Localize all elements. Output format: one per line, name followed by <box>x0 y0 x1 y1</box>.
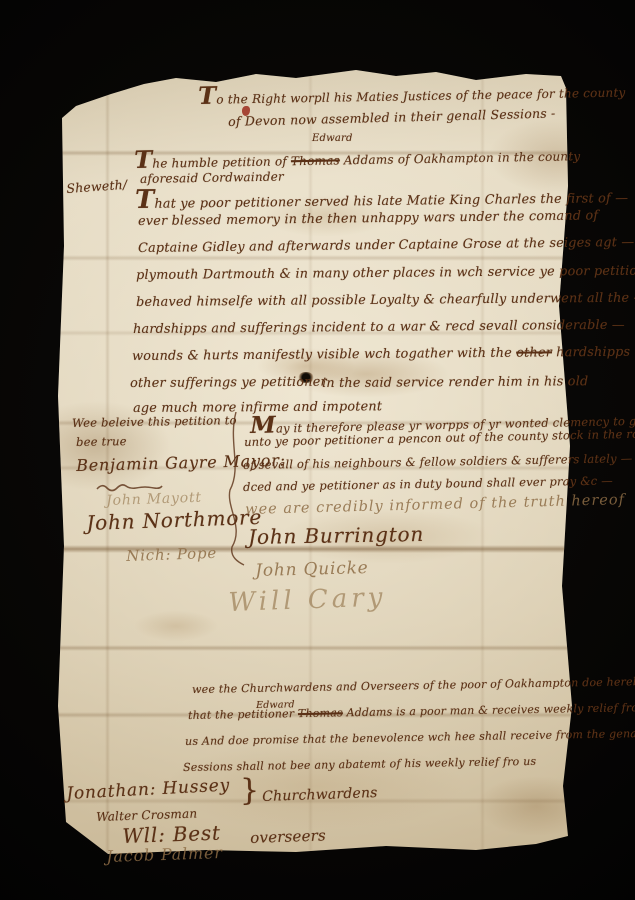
body-line: in the said service render him in his ol… <box>322 376 588 391</box>
body-line: other sufferings ye petitioner <box>130 377 327 391</box>
petition-title-prefix: The humble petition of <box>134 154 291 171</box>
churchwardens-label: Churchwardens <box>262 786 378 804</box>
overseers-label: overseers <box>250 828 326 846</box>
body-line-7-struck: other <box>516 345 552 360</box>
body-line: behaved himselfe with all possible Loyal… <box>136 293 635 310</box>
signature-john-mayott: John Mayott <box>106 491 202 508</box>
petition-title-suffix: Addams of Oakhampton in the county <box>340 149 581 167</box>
certification-l2-prefix: that the petitioner <box>188 707 298 722</box>
signature-nich-pope: Nich: Pope <box>126 546 217 564</box>
body-line-7-suffix: hardshipps & <box>552 345 635 361</box>
petition-title-line-2: aforesaid Cordwainder <box>140 170 284 185</box>
petitioner-name-struck: Thomas <box>291 153 340 168</box>
manuscript-photo: To the Right worpll his Maties Justices … <box>0 0 635 900</box>
attestation-line-1: Wee beleive this petition to <box>72 415 237 429</box>
churchwardens-brace: } <box>240 776 259 806</box>
signature-will-cary: Will Cary <box>228 584 387 615</box>
attestation-line-2: bee true <box>76 436 127 448</box>
signature-john-burrington: John Burrington <box>248 524 424 547</box>
signature-jacob-palmer: Jacob Palmer <box>106 845 223 865</box>
signature-john-quicke: John Quicke <box>255 560 369 580</box>
certification-name-struck: Thomas <box>298 706 343 720</box>
interlined-name-edward: Edward <box>312 134 353 144</box>
signature-walter-crosman: Walter Crosman <box>96 807 197 823</box>
